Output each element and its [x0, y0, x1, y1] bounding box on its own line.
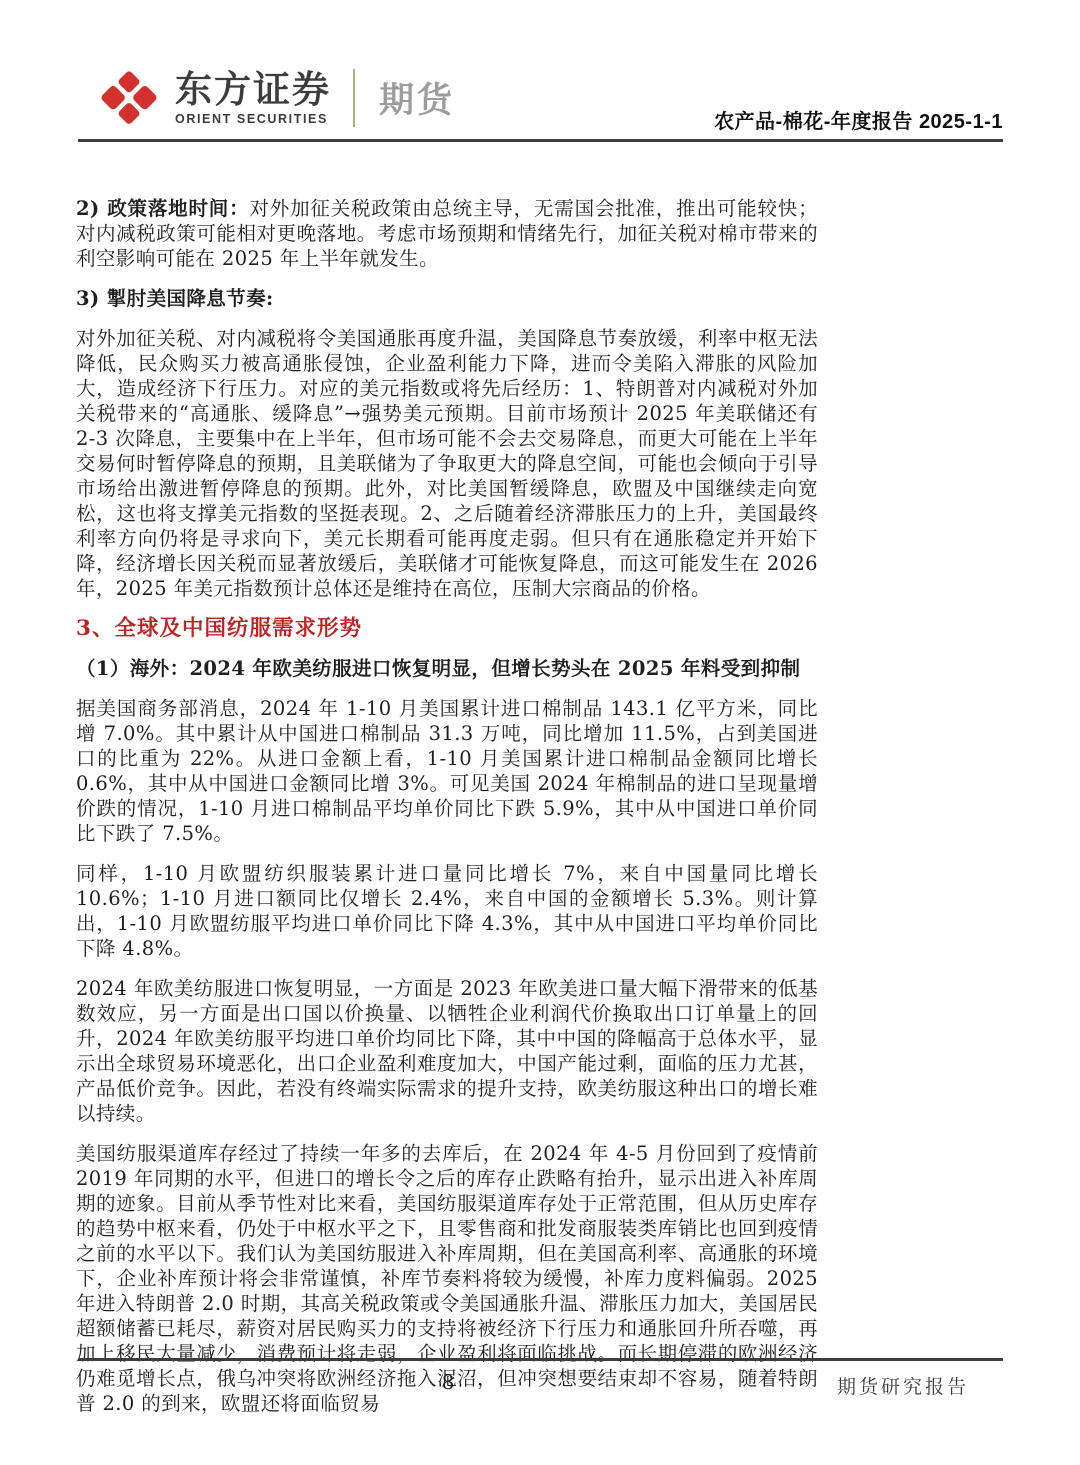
report-body: 2) 政策落地时间：对外加征关税政策由总统主导，无需国会批准，推出可能较快；对内…	[76, 196, 818, 1431]
footer: 8 期货研究报告	[78, 1370, 1003, 1400]
logo-divider	[353, 69, 355, 127]
orient-securities-logo-icon	[98, 67, 160, 129]
section-heading-demand: 3、全球及中国纺服需求形势	[76, 616, 818, 641]
logo-cn-label: 东方证券	[175, 71, 331, 109]
report-page: 东方证券 ORIENT SECURITIES 期货 农产品-棉花-年度报告 20…	[0, 0, 1080, 1465]
policy-timing-paragraph: 2) 政策落地时间：对外加征关税政策由总统主导，无需国会批准，推出可能较快；对内…	[76, 196, 818, 271]
page-number: 8	[78, 1370, 818, 1394]
us-imports-paragraph: 据美国商务部消息，2024 年 1-10 月美国累计进口棉制品 143.1 亿平…	[76, 696, 818, 846]
recovery-paragraph: 2024 年欧美纺服进口恢复明显，一方面是 2023 年欧美进口量大幅下滑带来的…	[76, 976, 818, 1126]
eu-imports-paragraph: 同样，1-10 月欧盟纺织服装累计进口量同比增长 7%，来自中国量同比增长 10…	[76, 861, 818, 961]
logo-text: 东方证券 ORIENT SECURITIES	[175, 71, 331, 126]
header-rule	[78, 139, 1003, 142]
overseas-subheading: （1）海外：2024 年欧美纺服进口恢复明显，但增长势头在 2025 年料受到抑…	[76, 656, 818, 681]
logo-en-label: ORIENT SECURITIES	[175, 112, 331, 126]
rate-cut-paragraph: 对外加征关税、对内减税将令美国通胀再度升温，美国降息节奏放缓，利率中枢无法降低，…	[76, 326, 818, 601]
policy-timing-label: 2) 政策落地时间：	[76, 197, 249, 220]
footer-label: 期货研究报告	[837, 1372, 969, 1399]
rate-cut-heading: 3) 掣肘美国降息节奏:	[76, 286, 818, 311]
header: 东方证券 ORIENT SECURITIES 期货	[98, 58, 455, 138]
footer-rule	[78, 1358, 1003, 1361]
report-title-label: 农产品-棉花-年度报告 2025-1-1	[714, 105, 1003, 134]
division-label: 期货	[379, 73, 455, 123]
